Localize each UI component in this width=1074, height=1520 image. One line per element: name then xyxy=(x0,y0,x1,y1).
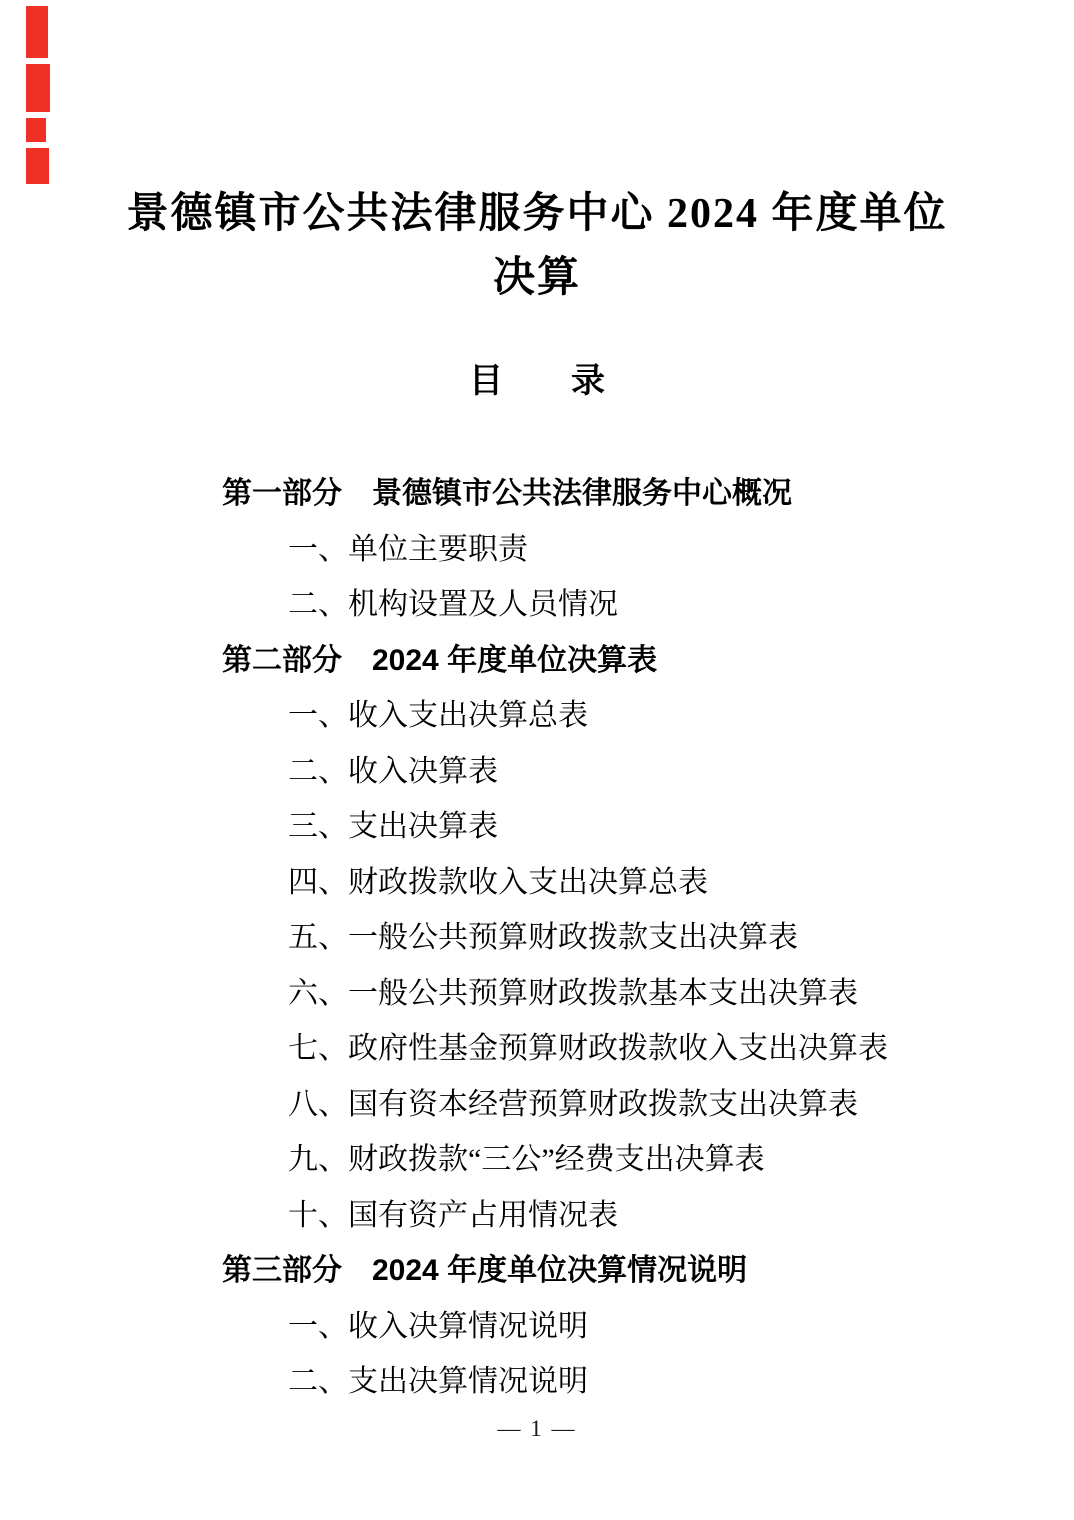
page-number: — 1 — xyxy=(0,1416,1074,1442)
toc-item: 五、一般公共预算财政拨款支出决算表 xyxy=(0,910,1074,966)
toc-item: 二、支出决算情况说明 xyxy=(0,1354,1074,1410)
toc-item: 四、财政拨款收入支出决算总表 xyxy=(0,855,1074,911)
toc-item: 七、政府性基金预算财政拨款收入支出决算表 xyxy=(0,1021,1074,1077)
toc-section-1: 第一部分 景德镇市公共法律服务中心概况 xyxy=(0,466,1074,522)
toc-item: 一、收入支出决算总表 xyxy=(0,688,1074,744)
toc-item: 一、单位主要职责 xyxy=(0,522,1074,578)
red-scan-mark xyxy=(26,148,49,184)
red-scan-mark xyxy=(26,64,50,112)
document-title-line1: 景德镇市公共法律服务中心 2024 年度单位 xyxy=(0,182,1074,246)
toc-heading: 目 录 xyxy=(0,360,1074,404)
toc-section-2: 第二部分 2024 年度单位决算表 xyxy=(0,633,1074,689)
document-title-line2: 决算 xyxy=(0,246,1074,310)
red-scan-mark xyxy=(26,118,46,142)
toc-item: 六、一般公共预算财政拨款基本支出决算表 xyxy=(0,966,1074,1022)
toc-section-3: 第三部分 2024 年度单位决算情况说明 xyxy=(0,1243,1074,1299)
toc-item: 一、收入决算情况说明 xyxy=(0,1299,1074,1355)
toc-item: 二、机构设置及人员情况 xyxy=(0,577,1074,633)
toc-item: 九、财政拨款“三公”经费支出决算表 xyxy=(0,1132,1074,1188)
red-scan-mark xyxy=(26,6,48,58)
toc-item: 三、支出决算表 xyxy=(0,799,1074,855)
document-title: 景德镇市公共法律服务中心 2024 年度单位 决算 xyxy=(0,182,1074,310)
toc-item: 十、国有资产占用情况表 xyxy=(0,1188,1074,1244)
document-page: 景德镇市公共法律服务中心 2024 年度单位 决算 目 录 第一部分 景德镇市公… xyxy=(0,0,1074,1520)
toc-item: 八、国有资本经营预算财政拨款支出决算表 xyxy=(0,1077,1074,1133)
toc-item: 二、收入决算表 xyxy=(0,744,1074,800)
left-edge-scan-marks xyxy=(26,6,50,190)
toc-list: 第一部分 景德镇市公共法律服务中心概况 一、单位主要职责 二、机构设置及人员情况… xyxy=(0,466,1074,1410)
